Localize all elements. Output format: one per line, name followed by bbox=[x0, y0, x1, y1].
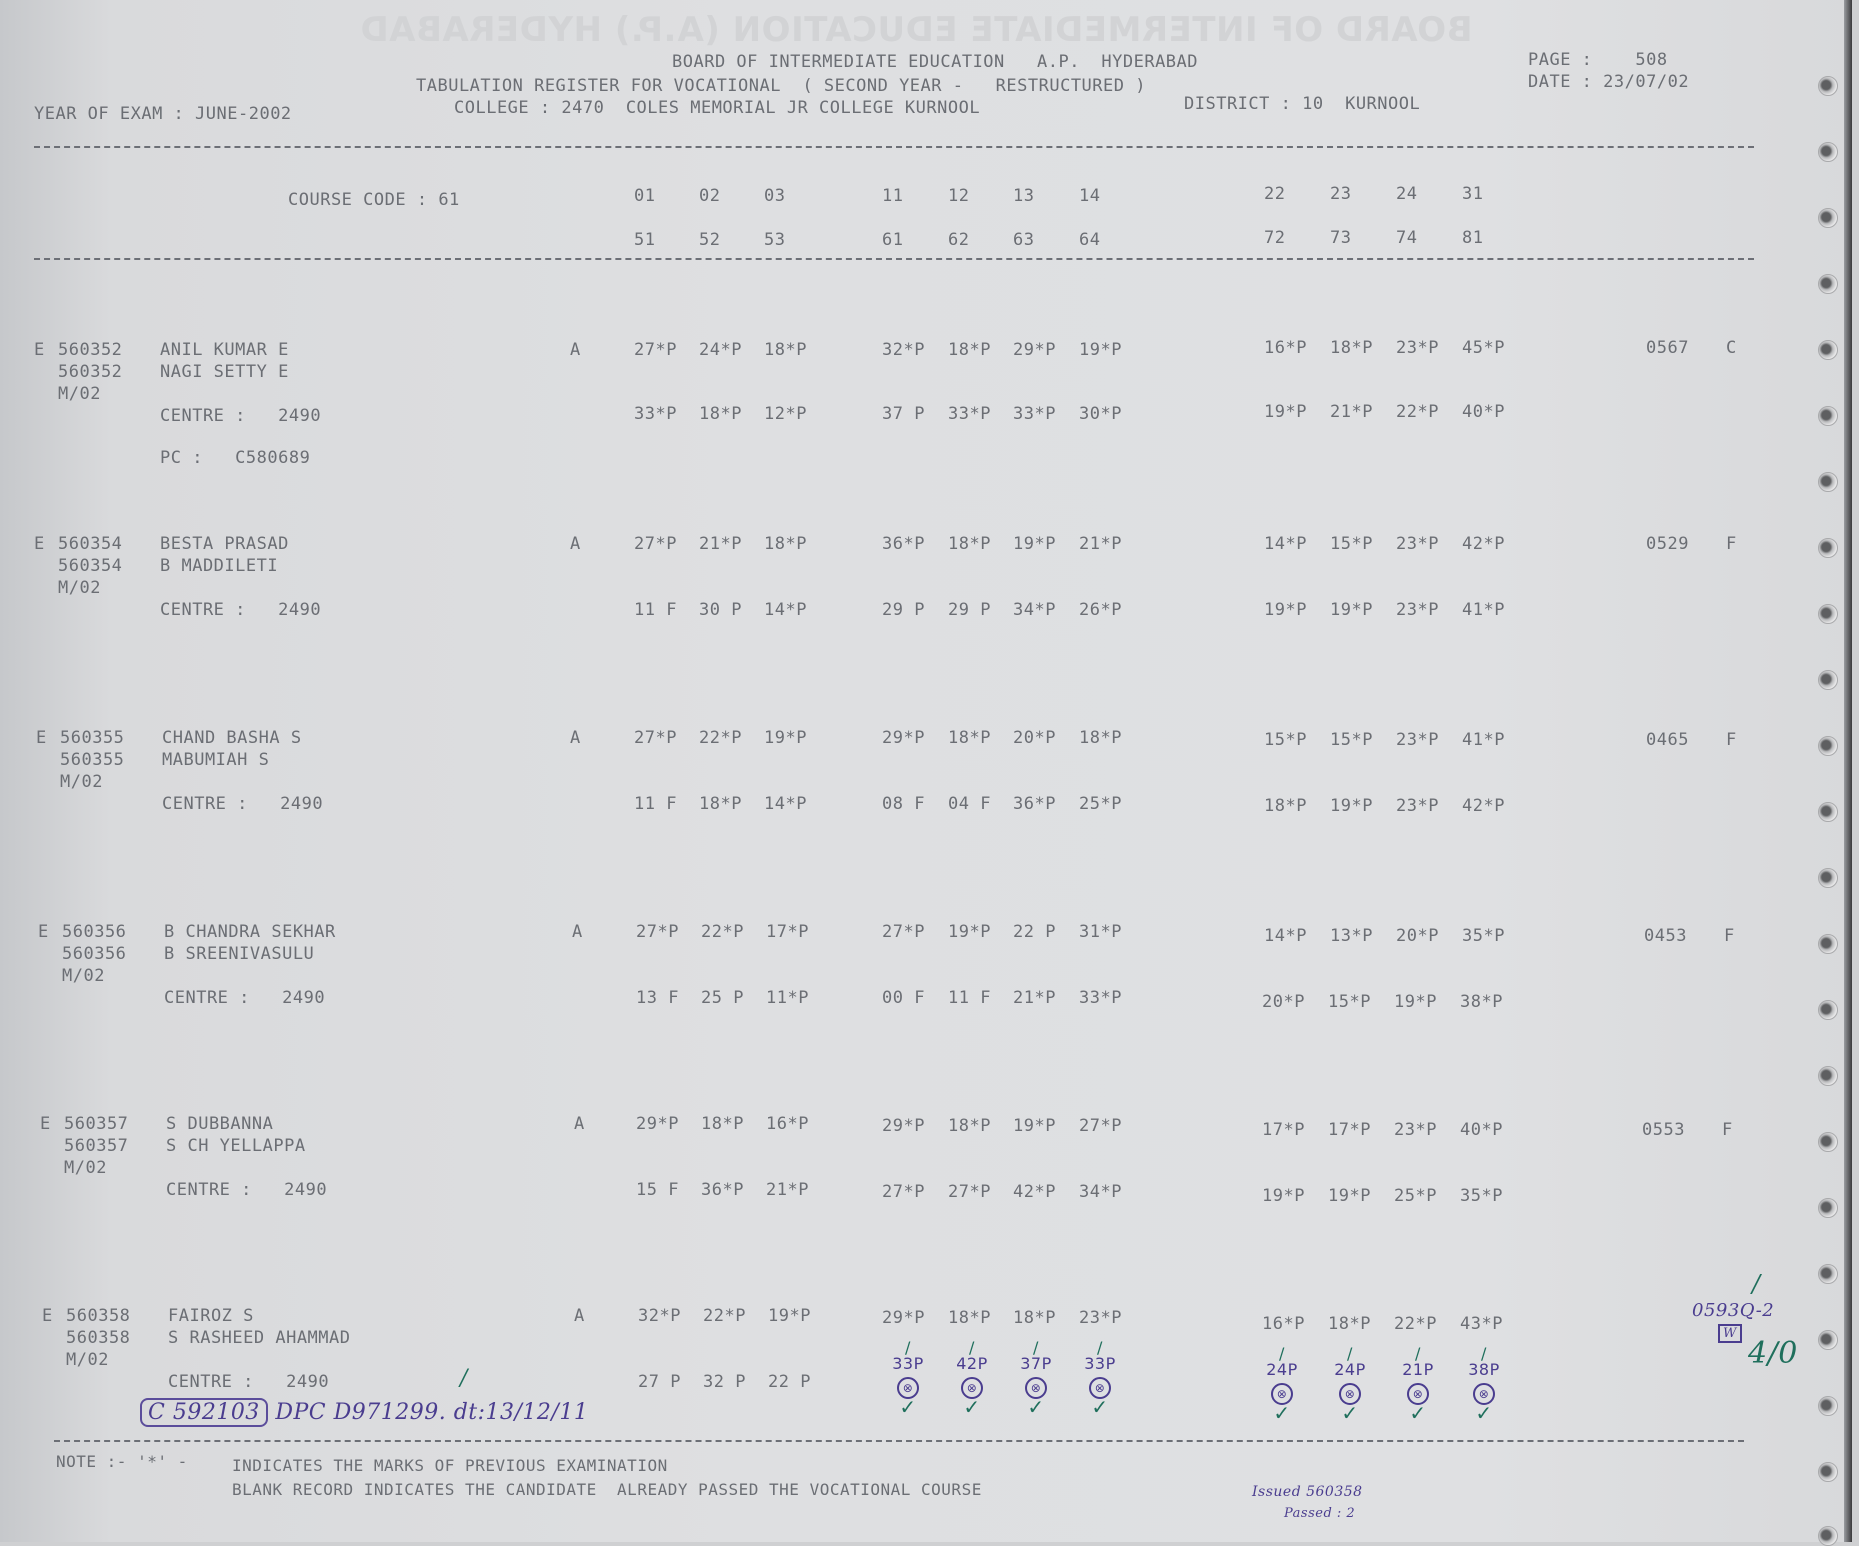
mark: 20*P bbox=[1396, 926, 1439, 946]
total-marks: 0453 bbox=[1644, 926, 1687, 946]
tick-icon: ✓ bbox=[942, 1395, 1002, 1419]
hall-ticket: 560354 bbox=[58, 534, 122, 554]
mark: 36*P bbox=[701, 1180, 744, 1200]
col-code: 02 bbox=[699, 186, 720, 206]
col-code: 73 bbox=[1330, 228, 1351, 248]
result-code: C bbox=[1726, 338, 1737, 358]
mark: 29*P bbox=[1013, 340, 1056, 360]
course-code-label: COURSE CODE : bbox=[288, 190, 428, 210]
mark: 25*P bbox=[1394, 1186, 1437, 1206]
col-code: 24 bbox=[1396, 184, 1417, 204]
mark: 37 P bbox=[882, 404, 925, 424]
student-name: CHAND BASHA S bbox=[162, 728, 302, 748]
certificate-number: C 592103 bbox=[140, 1398, 268, 1427]
check-slash-icon: / bbox=[878, 1338, 938, 1354]
mark: 27*P bbox=[948, 1182, 991, 1202]
note-label: NOTE :- '*' - bbox=[56, 1452, 188, 1471]
roll-number: 560354 bbox=[58, 556, 122, 576]
course-code-value: 61 bbox=[438, 190, 459, 210]
punch-hole-icon bbox=[1818, 736, 1838, 756]
handwritten-correction: / 42P ⊗ ✓ bbox=[942, 1338, 1002, 1419]
mark: 42*P bbox=[1462, 796, 1505, 816]
father-name: MABUMIAH S bbox=[162, 750, 269, 770]
col-code: 01 bbox=[634, 186, 655, 206]
record-type: E bbox=[40, 1114, 51, 1134]
district-name: KURNOOL bbox=[1345, 94, 1420, 114]
mark: 19*P bbox=[1328, 1186, 1371, 1206]
handwritten-footer-line-2: Passed : 2 bbox=[1284, 1506, 1355, 1521]
mark: 11 F bbox=[634, 600, 677, 620]
punch-hole-icon bbox=[1818, 1000, 1838, 1020]
mark: 19*P bbox=[1330, 796, 1373, 816]
punch-hole-icon bbox=[1818, 472, 1838, 492]
total-marks: 0465 bbox=[1646, 730, 1689, 750]
mark: 19*P bbox=[1262, 1186, 1305, 1206]
medium: A bbox=[574, 1114, 585, 1134]
centre: CENTRE : 2490 bbox=[160, 406, 321, 426]
mark: 33*P bbox=[634, 404, 677, 424]
student-record: E 560354 BESTA PRASAD 560354 B MADDILETI… bbox=[0, 534, 1800, 734]
board-title: BOARD OF INTERMEDIATE EDUCATION A.P. HYD… bbox=[672, 52, 1198, 72]
paper-edge bbox=[1844, 0, 1852, 1542]
centre-code: 2490 bbox=[278, 406, 321, 426]
mark: 21*P bbox=[699, 534, 742, 554]
centre-label: CENTRE : bbox=[160, 600, 246, 620]
student-record: E 560357 S DUBBANNA 560357 S CH YELLAPPA… bbox=[0, 1114, 1800, 1314]
centre: CENTRE : 2490 bbox=[166, 1180, 327, 1200]
handwritten-initials: 4/0 bbox=[1748, 1336, 1798, 1371]
mark: 14*P bbox=[764, 600, 807, 620]
mark: 23*P bbox=[1396, 600, 1439, 620]
mark: 15*P bbox=[1330, 534, 1373, 554]
mark: 17*P bbox=[1328, 1120, 1371, 1140]
col-code: 63 bbox=[1013, 230, 1034, 250]
date-value: 23/07/02 bbox=[1603, 72, 1689, 92]
mark: 35*P bbox=[1460, 1186, 1503, 1206]
mark: 21*P bbox=[1013, 988, 1056, 1008]
mark: 19*P bbox=[764, 728, 807, 748]
record-type: E bbox=[34, 534, 45, 554]
mark: 33*P bbox=[948, 404, 991, 424]
record-type: E bbox=[38, 922, 49, 942]
mark: 19*P bbox=[1394, 992, 1437, 1012]
mark: 33*P bbox=[1079, 988, 1122, 1008]
mark: 15*P bbox=[1330, 730, 1373, 750]
col-code: 23 bbox=[1330, 184, 1351, 204]
handwritten-correction: / 24P ⊗ ✓ bbox=[1252, 1344, 1312, 1425]
mark: 41*P bbox=[1462, 730, 1505, 750]
handwritten-mark: 42P bbox=[942, 1354, 1002, 1373]
mark: 18*P bbox=[948, 340, 991, 360]
mark: 42*P bbox=[1013, 1182, 1056, 1202]
student-record: E 560355 CHAND BASHA S 560355 MABUMIAH S… bbox=[0, 728, 1800, 928]
result-code: F bbox=[1726, 730, 1737, 750]
year-label: YEAR OF EXAM : bbox=[34, 104, 184, 124]
mark: 13*P bbox=[1330, 926, 1373, 946]
mark: 20*P bbox=[1013, 728, 1056, 748]
mark: 18*P bbox=[1013, 1308, 1056, 1328]
mark: 22*P bbox=[701, 922, 744, 942]
mark: 14*P bbox=[1264, 926, 1307, 946]
student-name: ANIL KUMAR E bbox=[160, 340, 289, 360]
mark: 21*P bbox=[1079, 534, 1122, 554]
mark: 19*P bbox=[1079, 340, 1122, 360]
centre-label: CENTRE : bbox=[166, 1180, 252, 1200]
mark: 00 F bbox=[882, 988, 925, 1008]
handwritten-correction: / 38P ⊗ ✓ bbox=[1454, 1344, 1514, 1425]
medium: A bbox=[570, 340, 581, 360]
handwritten-mark: 37P bbox=[1006, 1354, 1066, 1373]
punch-hole-icon bbox=[1818, 1132, 1838, 1152]
tick-icon: ✓ bbox=[1070, 1395, 1130, 1419]
district-code: 10 bbox=[1302, 94, 1323, 114]
mark: 19*P bbox=[948, 922, 991, 942]
mark: 22 P bbox=[768, 1372, 811, 1392]
result-code: F bbox=[1724, 926, 1735, 946]
roll-number: 560355 bbox=[60, 750, 124, 770]
mark: 22*P bbox=[699, 728, 742, 748]
col-code: 81 bbox=[1462, 228, 1483, 248]
handwritten-mark: 21P bbox=[1388, 1360, 1448, 1379]
tick-icon: ✓ bbox=[878, 1395, 938, 1419]
page-value: 508 bbox=[1635, 50, 1667, 70]
roll-number: 560358 bbox=[66, 1328, 130, 1348]
total-marks: 0553 bbox=[1642, 1120, 1685, 1140]
medium: A bbox=[570, 534, 581, 554]
col-code: 74 bbox=[1396, 228, 1417, 248]
centre: CENTRE : 2490 bbox=[168, 1372, 329, 1392]
mark: 27*P bbox=[882, 1182, 925, 1202]
col-code: 03 bbox=[764, 186, 785, 206]
mark: 11 F bbox=[634, 794, 677, 814]
mark: 18*P bbox=[948, 728, 991, 748]
mark: 27*P bbox=[634, 534, 677, 554]
roll-number: 560356 bbox=[62, 944, 126, 964]
col-code: 22 bbox=[1264, 184, 1285, 204]
session: M/02 bbox=[58, 384, 101, 404]
mark: 18*P bbox=[948, 1308, 991, 1328]
punch-hole-icon bbox=[1818, 142, 1838, 162]
mark: 27 P bbox=[638, 1372, 681, 1392]
column-header-divider bbox=[34, 258, 1754, 260]
col-code: 72 bbox=[1264, 228, 1285, 248]
result-code: F bbox=[1722, 1120, 1733, 1140]
mark: 15*P bbox=[1328, 992, 1371, 1012]
header-divider bbox=[34, 146, 1754, 148]
col-code: 13 bbox=[1013, 186, 1034, 206]
hall-ticket: 560357 bbox=[64, 1114, 128, 1134]
centre-label: CENTRE : bbox=[168, 1372, 254, 1392]
tick-icon: ✓ bbox=[1006, 1395, 1066, 1419]
handwritten-correction: / 37P ⊗ ✓ bbox=[1006, 1338, 1066, 1419]
note-line-1: INDICATES THE MARKS OF PREVIOUS EXAMINAT… bbox=[232, 1456, 668, 1475]
mark: 18*P bbox=[1264, 796, 1307, 816]
total-marks: 0567 bbox=[1646, 338, 1689, 358]
hall-ticket: 560356 bbox=[62, 922, 126, 942]
mark: 18*P bbox=[764, 340, 807, 360]
tabulation-register-page: BOARD OF INTERMEDIATE EDUCATION (A.P.) H… bbox=[0, 0, 1852, 1542]
mark: 18*P bbox=[699, 404, 742, 424]
mark: 33*P bbox=[1013, 404, 1056, 424]
centre-label: CENTRE : bbox=[164, 988, 250, 1008]
mark: 30 P bbox=[699, 600, 742, 620]
mark: 32*P bbox=[638, 1306, 681, 1326]
pc-number: PC : C580689 bbox=[160, 448, 310, 468]
col-code: 11 bbox=[882, 186, 903, 206]
mark: 18*P bbox=[764, 534, 807, 554]
father-name: B SREENIVASULU bbox=[164, 944, 314, 964]
mark: 22 P bbox=[1013, 922, 1056, 942]
mark: 12*P bbox=[764, 404, 807, 424]
roll-number: 560357 bbox=[64, 1136, 128, 1156]
mark: 20*P bbox=[1262, 992, 1305, 1012]
mark: 17*P bbox=[766, 922, 809, 942]
mark: 23*P bbox=[1396, 730, 1439, 750]
punch-hole-icon bbox=[1818, 208, 1838, 228]
col-code: 52 bbox=[699, 230, 720, 250]
check-slash-icon: / bbox=[1320, 1344, 1380, 1360]
punch-hole-icon bbox=[1818, 1198, 1838, 1218]
punch-hole-icon bbox=[1818, 868, 1838, 888]
district-label: DISTRICT : bbox=[1184, 94, 1291, 114]
session: M/02 bbox=[66, 1350, 109, 1370]
centre: CENTRE : 2490 bbox=[162, 794, 323, 814]
centre-code: 2490 bbox=[284, 1180, 327, 1200]
mark: 32*P bbox=[882, 340, 925, 360]
col-code: 61 bbox=[882, 230, 903, 250]
mark: 16*P bbox=[1264, 338, 1307, 358]
punch-hole-icon bbox=[1818, 934, 1838, 954]
mark: 11*P bbox=[766, 988, 809, 1008]
col-code: 53 bbox=[764, 230, 785, 250]
note-line-2: BLANK RECORD INDICATES THE CANDIDATE ALR… bbox=[232, 1480, 982, 1499]
mark: 29 P bbox=[882, 600, 925, 620]
mark: 23*P bbox=[1396, 338, 1439, 358]
student-name: FAIROZ S bbox=[168, 1306, 254, 1326]
centre: CENTRE : 2490 bbox=[160, 600, 321, 620]
handwritten-mark: 38P bbox=[1454, 1360, 1514, 1379]
student-name: B CHANDRA SEKHAR bbox=[164, 922, 336, 942]
mark: 29*P bbox=[636, 1114, 679, 1134]
mark: 21*P bbox=[1330, 402, 1373, 422]
mark: 17*P bbox=[1262, 1120, 1305, 1140]
mark: 27*P bbox=[634, 728, 677, 748]
mark: 19*P bbox=[1264, 600, 1307, 620]
punch-hole-icon bbox=[1818, 538, 1838, 558]
punch-hole-icon bbox=[1818, 1462, 1838, 1482]
col-code: 64 bbox=[1079, 230, 1100, 250]
college-name: COLES MEMORIAL JR COLLEGE KURNOOL bbox=[626, 98, 980, 118]
student-record: E 560358 FAIROZ S 560358 S RASHEED AHAMM… bbox=[0, 1306, 1800, 1466]
mark: 14*P bbox=[1264, 534, 1307, 554]
punch-hole-icon bbox=[1818, 76, 1838, 96]
mark: 13 F bbox=[636, 988, 679, 1008]
pc-value: C580689 bbox=[235, 448, 310, 468]
page-number: PAGE : 508 bbox=[1528, 50, 1668, 70]
punch-hole-icon bbox=[1818, 670, 1838, 690]
mark: 21*P bbox=[766, 1180, 809, 1200]
punch-hole-icon bbox=[1818, 340, 1838, 360]
session: M/02 bbox=[58, 578, 101, 598]
mark: 18*P bbox=[948, 534, 991, 554]
handwritten-total: 0593Q-2 bbox=[1692, 1300, 1774, 1321]
mark: 18*P bbox=[701, 1114, 744, 1134]
punch-hole-icon bbox=[1818, 802, 1838, 822]
check-slash-icon: / bbox=[1752, 1270, 1761, 1298]
mark: 43*P bbox=[1460, 1314, 1503, 1334]
mark: 16*P bbox=[766, 1114, 809, 1134]
result-code: F bbox=[1726, 534, 1737, 554]
check-slash-icon: / bbox=[1070, 1338, 1130, 1354]
mark: 29*P bbox=[882, 1308, 925, 1328]
handwritten-mark: 33P bbox=[878, 1354, 938, 1373]
page-label: PAGE : bbox=[1528, 50, 1592, 70]
father-name: S RASHEED AHAMMAD bbox=[168, 1328, 351, 1348]
mark: 16*P bbox=[1262, 1314, 1305, 1334]
handwritten-tag: W bbox=[1718, 1324, 1742, 1343]
mark: 18*P bbox=[699, 794, 742, 814]
col-code: 62 bbox=[948, 230, 969, 250]
mark: 18*P bbox=[1328, 1314, 1371, 1334]
mark: 40*P bbox=[1460, 1120, 1503, 1140]
mark: 15*P bbox=[1264, 730, 1307, 750]
mark: 18*P bbox=[1079, 728, 1122, 748]
total-marks: 0529 bbox=[1646, 534, 1689, 554]
punch-hole-icon bbox=[1818, 1066, 1838, 1086]
mark: 27*P bbox=[882, 922, 925, 942]
centre-code: 2490 bbox=[278, 600, 321, 620]
centre-label: CENTRE : bbox=[160, 406, 246, 426]
mark: 15 F bbox=[636, 1180, 679, 1200]
father-name: B MADDILETI bbox=[160, 556, 278, 576]
medium: A bbox=[570, 728, 581, 748]
centre-code: 2490 bbox=[282, 988, 325, 1008]
punch-hole-icon bbox=[1818, 1526, 1838, 1542]
record-type: E bbox=[34, 340, 45, 360]
hall-ticket: 560355 bbox=[60, 728, 124, 748]
mark: 36*P bbox=[1013, 794, 1056, 814]
session: M/02 bbox=[60, 772, 103, 792]
date-label: DATE : bbox=[1528, 72, 1592, 92]
mark: 29*P bbox=[882, 1116, 925, 1136]
check-slash-icon: / bbox=[1388, 1344, 1448, 1360]
handwritten-correction: / 33P ⊗ ✓ bbox=[1070, 1338, 1130, 1419]
handwritten-footer-line-1: Issued 560358 bbox=[1252, 1484, 1363, 1500]
handwritten-correction: / 24P ⊗ ✓ bbox=[1320, 1344, 1380, 1425]
mark: 23*P bbox=[1079, 1308, 1122, 1328]
roll-number: 560352 bbox=[58, 362, 122, 382]
tractor-feed-holes bbox=[1818, 0, 1842, 1542]
handwritten-mark: 24P bbox=[1320, 1360, 1380, 1379]
bleed-through-watermark: BOARD OF INTERMEDIATE EDUCATION (A.P.) H… bbox=[360, 10, 1473, 50]
college-line: COLLEGE : 2470 COLES MEMORIAL JR COLLEGE… bbox=[454, 98, 980, 118]
punch-hole-icon bbox=[1818, 1264, 1838, 1284]
mark: 19*P bbox=[768, 1306, 811, 1326]
mark: 41*P bbox=[1462, 600, 1505, 620]
handwritten-correction: / 21P ⊗ ✓ bbox=[1388, 1344, 1448, 1425]
mark: 19*P bbox=[1330, 600, 1373, 620]
mark: 22*P bbox=[703, 1306, 746, 1326]
student-name: BESTA PRASAD bbox=[160, 534, 289, 554]
mark: 24*P bbox=[699, 340, 742, 360]
mark: 18*P bbox=[1330, 338, 1373, 358]
check-slash-icon: / bbox=[1006, 1338, 1066, 1354]
handwritten-certificate-line: C 592103 DPC D971299. dt:13/12/11 bbox=[140, 1400, 588, 1425]
pc-label: PC : bbox=[160, 448, 203, 468]
print-date: DATE : 23/07/02 bbox=[1528, 72, 1689, 92]
mark: 22*P bbox=[1394, 1314, 1437, 1334]
medium: A bbox=[572, 922, 583, 942]
mark: 32 P bbox=[703, 1372, 746, 1392]
centre: CENTRE : 2490 bbox=[164, 988, 325, 1008]
punch-hole-icon bbox=[1818, 1330, 1838, 1350]
mark: 35*P bbox=[1462, 926, 1505, 946]
punch-hole-icon bbox=[1818, 604, 1838, 624]
year-of-exam: YEAR OF EXAM : JUNE-2002 bbox=[34, 104, 292, 124]
district-line: DISTRICT : 10 KURNOOL bbox=[1184, 94, 1420, 114]
punch-hole-icon bbox=[1818, 406, 1838, 426]
handwritten-correction: / 33P ⊗ ✓ bbox=[878, 1338, 938, 1419]
mark: 34*P bbox=[1013, 600, 1056, 620]
mark: 25*P bbox=[1079, 794, 1122, 814]
mark: 19*P bbox=[1013, 1116, 1056, 1136]
record-type: E bbox=[42, 1306, 53, 1326]
mark: 40*P bbox=[1462, 402, 1505, 422]
col-code: 14 bbox=[1079, 186, 1100, 206]
mark: 27*P bbox=[636, 922, 679, 942]
student-record: E 560356 B CHANDRA SEKHAR 560356 B SREEN… bbox=[0, 922, 1800, 1122]
tick-icon: ✓ bbox=[1454, 1401, 1514, 1425]
handwritten-mark: 24P bbox=[1252, 1360, 1312, 1379]
mark: 23*P bbox=[1394, 1120, 1437, 1140]
tick-icon: ✓ bbox=[1320, 1401, 1380, 1425]
mark: 31*P bbox=[1079, 922, 1122, 942]
father-name: NAGI SETTY E bbox=[160, 362, 289, 382]
session: M/02 bbox=[64, 1158, 107, 1178]
mark: 34*P bbox=[1079, 1182, 1122, 1202]
mark: 29*P bbox=[882, 728, 925, 748]
tick-icon: ✓ bbox=[1252, 1401, 1312, 1425]
mark: 45*P bbox=[1462, 338, 1505, 358]
mark: 22*P bbox=[1396, 402, 1439, 422]
mark: 14*P bbox=[764, 794, 807, 814]
father-name: S CH YELLAPPA bbox=[166, 1136, 306, 1156]
punch-hole-icon bbox=[1818, 274, 1838, 294]
col-code: 12 bbox=[948, 186, 969, 206]
mark: 19*P bbox=[1264, 402, 1307, 422]
check-slash-icon: / bbox=[1252, 1344, 1312, 1360]
punch-hole-icon bbox=[1818, 1396, 1838, 1416]
mark: 36*P bbox=[882, 534, 925, 554]
mark: 42*P bbox=[1462, 534, 1505, 554]
mark: 08 F bbox=[882, 794, 925, 814]
footer-divider bbox=[54, 1440, 1744, 1442]
student-name: S DUBBANNA bbox=[166, 1114, 273, 1134]
check-slash-icon: / bbox=[1454, 1344, 1514, 1360]
mark: 27*P bbox=[634, 340, 677, 360]
mark: 18*P bbox=[948, 1116, 991, 1136]
hall-ticket: 560358 bbox=[66, 1306, 130, 1326]
hall-ticket: 560352 bbox=[58, 340, 122, 360]
col-code: 51 bbox=[634, 230, 655, 250]
register-title: TABULATION REGISTER FOR VOCATIONAL ( SEC… bbox=[416, 76, 1146, 96]
mark: 11 F bbox=[948, 988, 991, 1008]
mark: 27*P bbox=[1079, 1116, 1122, 1136]
medium: A bbox=[574, 1306, 585, 1326]
handwritten-mark: 33P bbox=[1070, 1354, 1130, 1373]
year-value: JUNE-2002 bbox=[195, 104, 292, 124]
mark: 04 F bbox=[948, 794, 991, 814]
